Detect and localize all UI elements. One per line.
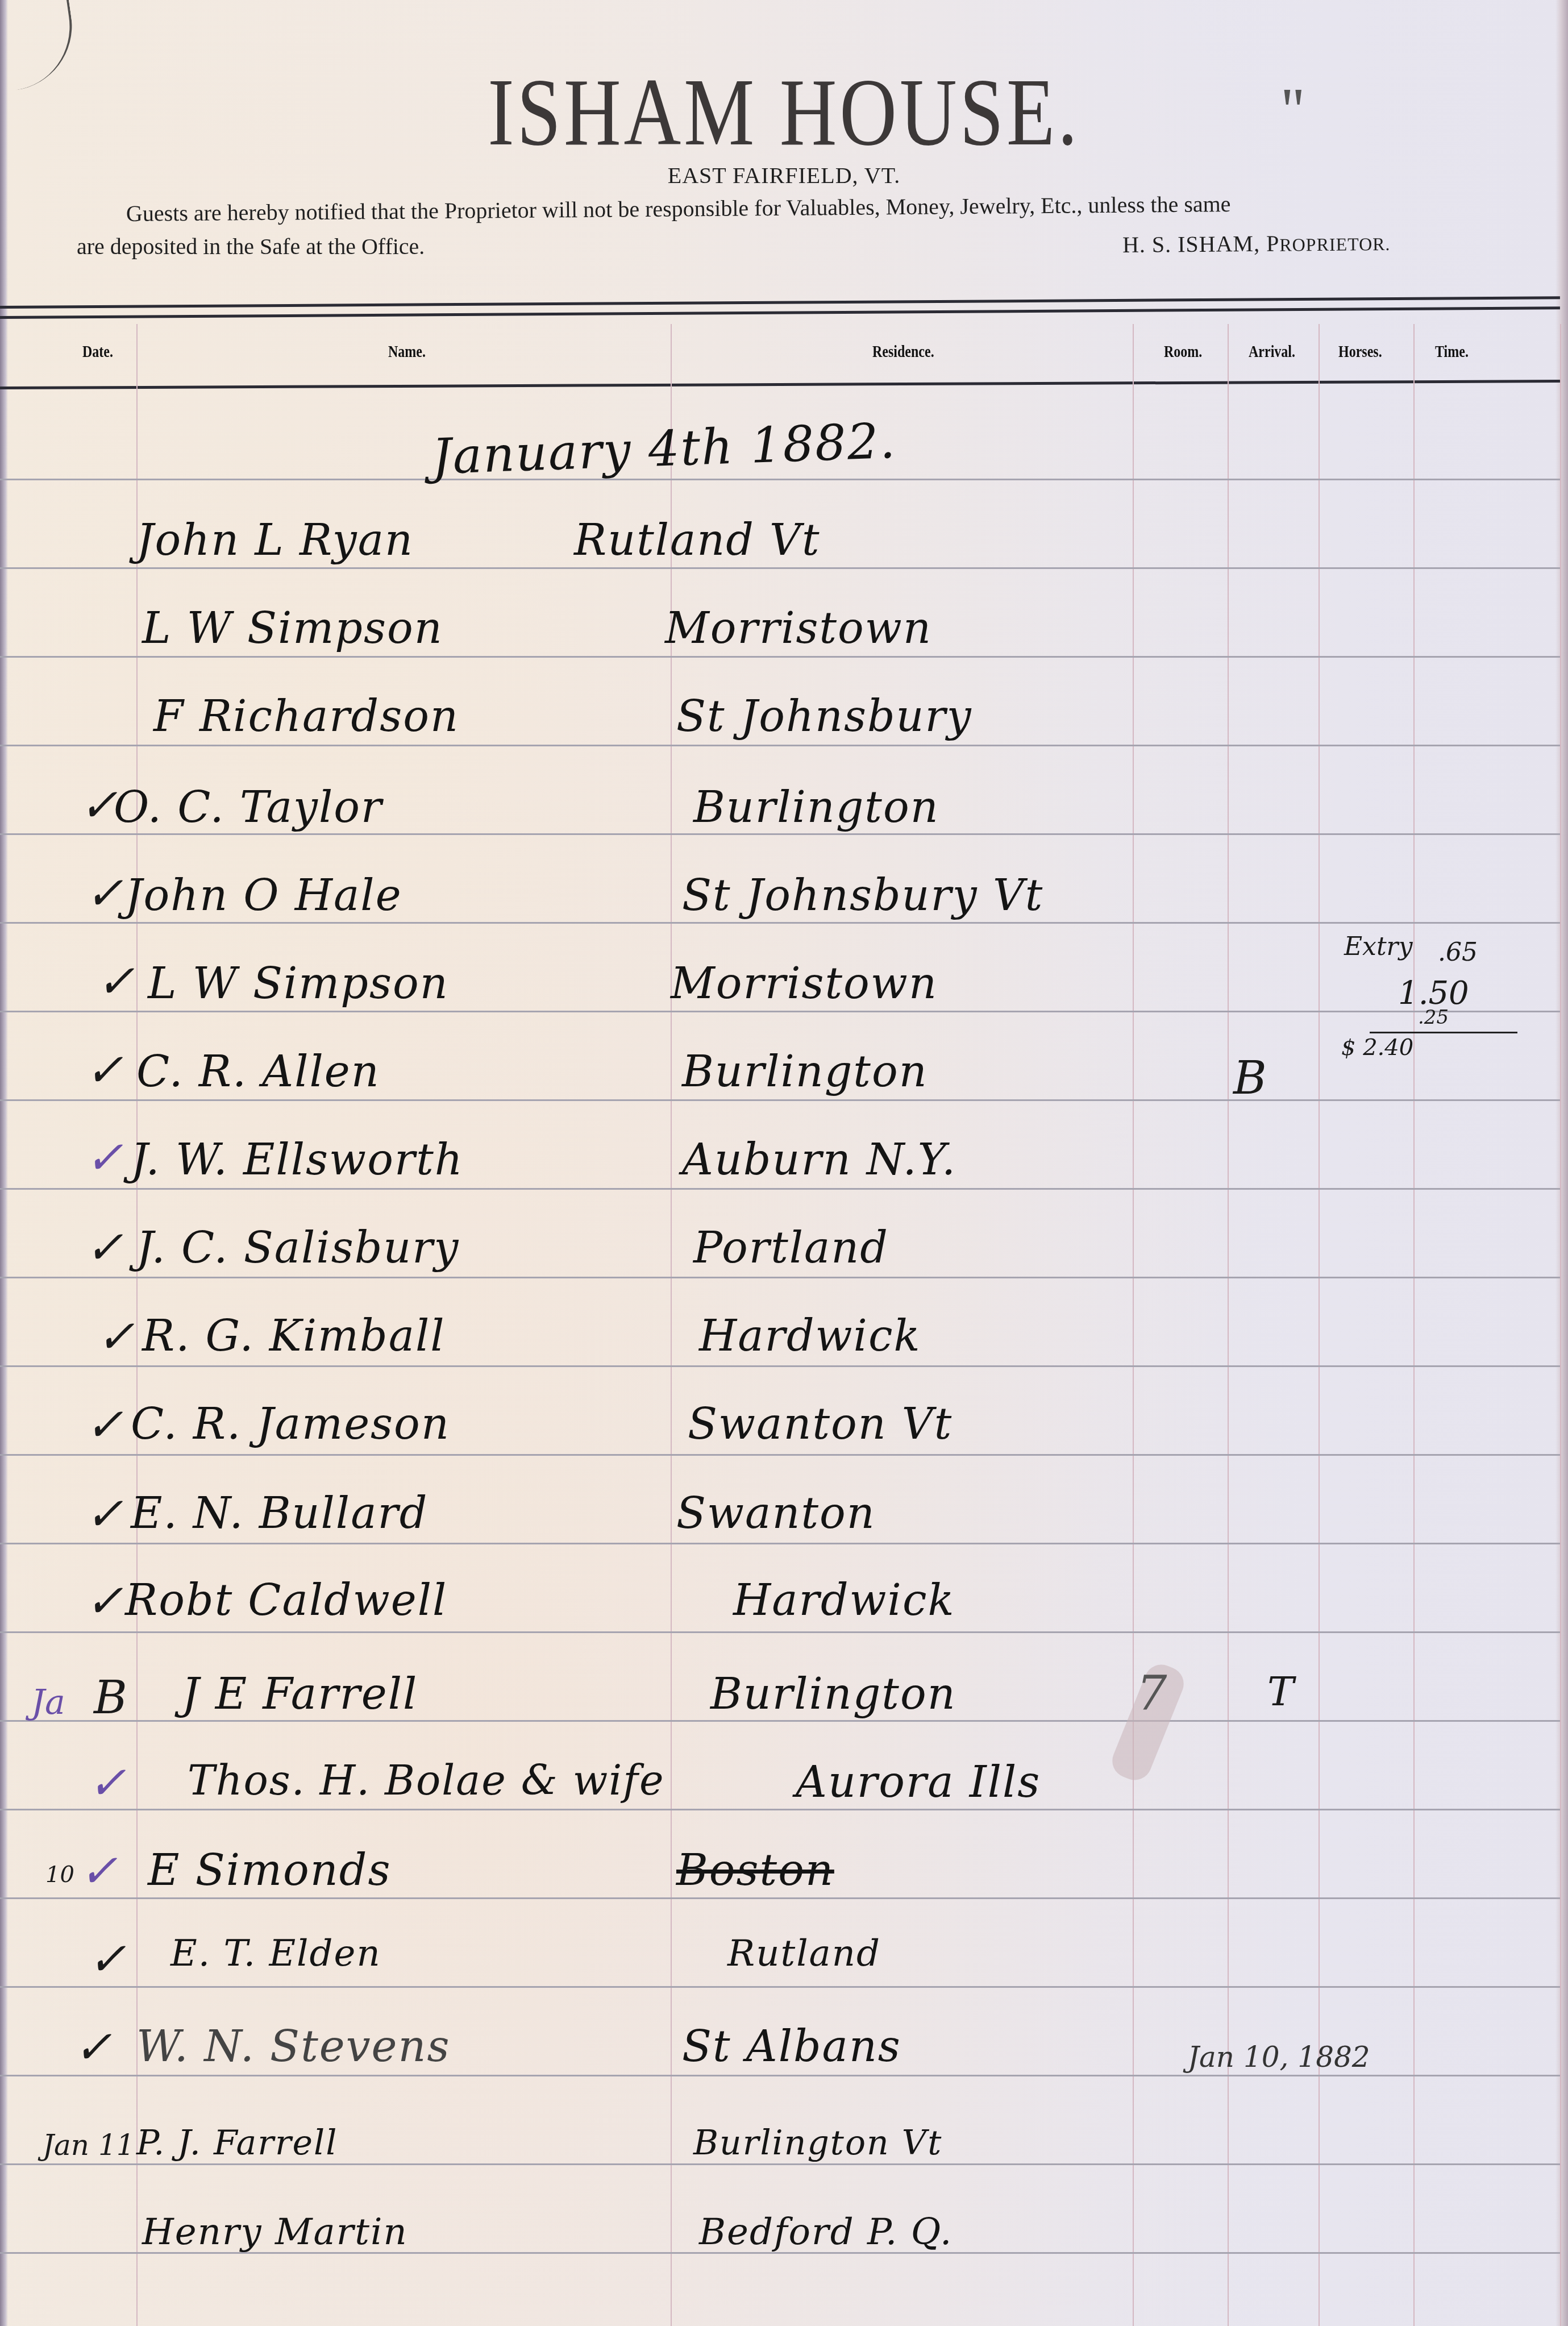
ruled-line <box>0 2075 1560 2076</box>
ruled-line <box>0 567 1560 569</box>
proprietor-title-rest: ROPRIETOR. <box>1279 234 1391 255</box>
book-spine-shadow <box>0 0 8 2326</box>
ruled-line <box>0 656 1560 658</box>
ruled-line <box>0 1897 1560 1899</box>
guest-name: J. C. Salisbury <box>136 1222 460 1273</box>
guest-name: L W Simpson <box>148 958 449 1008</box>
checkmark-icon: ✓ <box>85 1575 123 1627</box>
checkmark-icon: ✓ <box>74 2021 112 2074</box>
ruled-line <box>0 1277 1560 1278</box>
guest-name: P. J. Farrell <box>136 2123 338 2163</box>
date-cell: Jan 11 <box>43 2129 135 2162</box>
ruled-line <box>0 1454 1560 1456</box>
column-header-room: Room. <box>1164 342 1202 362</box>
charge-total: $ 2.40 <box>1341 1035 1413 1061</box>
header-rule-top-1 <box>0 296 1560 309</box>
guest-residence: Rutland Vt <box>574 514 821 565</box>
guest-residence: Bedford P. Q. <box>699 2211 953 2253</box>
checkmark-icon: ✓ <box>97 955 135 1008</box>
guest-residence: Burlington Vt <box>693 2123 942 2163</box>
guest-residence: St Johnsbury <box>676 691 972 741</box>
purple-checkmark-icon: ✓ <box>85 1131 123 1184</box>
guest-name: John L Ryan <box>136 514 414 565</box>
arrival-mark: T <box>1267 1668 1294 1715</box>
checkmark-icon: ✓ <box>85 1221 123 1274</box>
guest-residence: Hardwick <box>699 1310 921 1361</box>
purple-checkmark-icon: ✓ <box>80 1845 118 1897</box>
guest-name: Henry Martin <box>142 2211 408 2253</box>
blotted-mark: B <box>94 1671 127 1724</box>
guest-name: E Simonds <box>148 1845 391 1895</box>
column-header-horses: Horses. <box>1338 342 1382 362</box>
guest-residence: Burlington <box>710 1668 956 1719</box>
column-header-name: Name. <box>388 342 426 362</box>
checkmark-icon: ✓ <box>88 1933 126 1986</box>
purple-checkmark-icon: ✓ <box>88 1756 126 1809</box>
ruled-line <box>0 1011 1560 1012</box>
guest-residence: Burlington <box>693 782 939 832</box>
guest-residence: Portland <box>693 1222 889 1273</box>
room-number: 7 <box>1137 1665 1167 1721</box>
ruled-line <box>0 1188 1560 1190</box>
ruled-line <box>0 1809 1560 1810</box>
column-header-time: Time. <box>1435 342 1469 362</box>
ruled-line <box>0 1099 1560 1101</box>
guest-name: E. N. Bullard <box>131 1488 428 1538</box>
guest-residence: Morristown <box>671 958 938 1008</box>
date-heading: January 4th 1882. <box>431 413 897 485</box>
checkmark-icon: ✓ <box>85 867 123 920</box>
liability-notice-line-2: are deposited in the Safe at the Office. <box>77 233 425 260</box>
arrival-mark: B <box>1233 1052 1267 1104</box>
column-divider-arrival <box>1319 324 1320 2326</box>
date-cell: 10 <box>45 1862 74 1888</box>
checkmark-icon: ✓ <box>80 779 118 832</box>
column-header-arrival: Arrival. <box>1249 342 1295 362</box>
guest-name: J E Farrell <box>182 1668 418 1719</box>
guest-name: O. C. Taylor <box>114 782 382 832</box>
ruled-line <box>0 833 1560 835</box>
guest-residence: Hardwick <box>733 1575 955 1625</box>
guest-name: R. G. Kimball <box>142 1310 446 1361</box>
guest-residence: Swanton <box>676 1488 876 1538</box>
guest-name: L W Simpson <box>142 603 443 653</box>
hotel-location: EAST FAIRFIELD, VT. <box>0 162 1568 189</box>
liability-notice-line-1: Guests are hereby notified that the Prop… <box>126 190 1231 227</box>
pen-stroke-mark <box>3 0 80 90</box>
guest-name: Robt Caldwell <box>125 1575 447 1625</box>
guest-residence: Auburn N.Y. <box>682 1134 956 1185</box>
title-pencil-mark: '' <box>1282 74 1304 146</box>
ruled-line <box>0 1543 1560 1544</box>
ruled-line <box>0 479 1560 480</box>
guest-residence: Burlington <box>682 1046 928 1096</box>
column-divider-time <box>1560 324 1561 2326</box>
checkmark-icon: ✓ <box>85 1398 123 1451</box>
ruled-line <box>0 922 1560 924</box>
guest-name: C. R. Jameson <box>131 1398 450 1449</box>
guest-name: C. R. Allen <box>136 1046 380 1096</box>
header-rule-top-2 <box>0 306 1560 319</box>
date-cell: Ja <box>31 1683 65 1722</box>
guest-residence: St Johnsbury Vt <box>682 870 1043 920</box>
extra-charge-label: Extry <box>1344 932 1413 961</box>
guest-name: Thos. H. Bolae & wife <box>188 1756 665 1804</box>
guest-name: W. N. Stevens <box>136 2021 451 2071</box>
column-divider-horses <box>1413 324 1415 2326</box>
guest-name: John O Hale <box>125 870 402 920</box>
column-divider-room <box>1228 324 1229 2326</box>
checkmark-icon: ✓ <box>97 1310 135 1363</box>
guest-residence: St Albans <box>682 2021 901 2071</box>
checkmark-icon: ✓ <box>85 1044 123 1096</box>
column-header-date: Date. <box>82 342 113 362</box>
ruled-line <box>0 745 1560 746</box>
proprietor-name: H. S. ISHAM, <box>1122 231 1266 257</box>
checkmark-icon: ✓ <box>85 1488 123 1540</box>
ruled-line <box>0 2163 1560 2165</box>
guest-residence: Aurora Ills <box>796 1756 1041 1807</box>
column-divider-residence <box>1133 324 1134 2326</box>
charge-amount: .25 <box>1418 1006 1449 1029</box>
ruled-line <box>0 1720 1560 1722</box>
ruled-line <box>0 1986 1560 1988</box>
guest-residence: Rutland <box>727 1933 881 1975</box>
guest-residence: Morristown <box>665 603 932 653</box>
hotel-title: ISHAM HOUSE. <box>141 57 1426 168</box>
later-date-note: Jan 10, 1882 <box>1188 2041 1370 2074</box>
page-edge-shadow <box>1555 0 1568 2326</box>
guest-residence: Boston <box>676 1845 834 1895</box>
column-header-residence: Residence. <box>872 342 934 362</box>
guest-name: F Richardson <box>153 691 459 741</box>
proprietor-signature-line: H. S. ISHAM, PROPRIETOR. <box>1122 229 1391 258</box>
extra-charge-amount: .65 <box>1438 938 1478 967</box>
guest-residence: Swanton Vt <box>688 1398 953 1449</box>
guest-name: J. W. Ellsworth <box>131 1134 464 1185</box>
ruled-line <box>0 1631 1560 1633</box>
ruled-line <box>0 1365 1560 1367</box>
register-page: ISHAM HOUSE. '' EAST FAIRFIELD, VT. Gues… <box>0 0 1568 2326</box>
sum-underline <box>1370 1032 1517 1033</box>
guest-name: E. T. Elden <box>170 1933 381 1975</box>
header-rule-bottom <box>0 380 1560 389</box>
proprietor-title-initial: P <box>1266 231 1280 256</box>
